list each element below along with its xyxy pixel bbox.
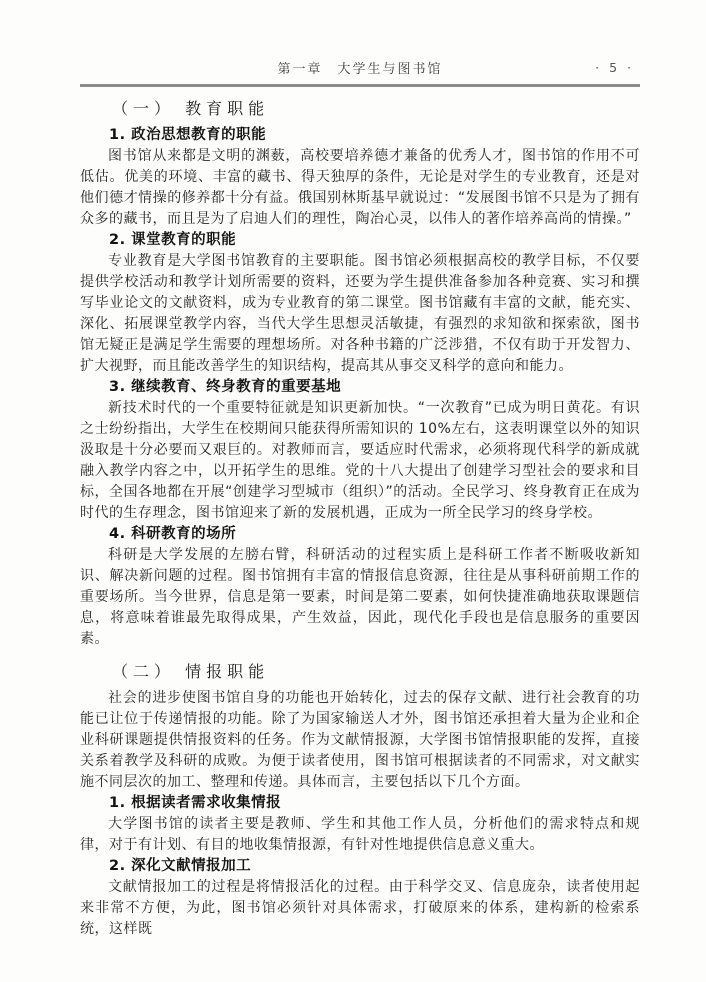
paragraph: 社会的进步使图书馆自身的功能也开始转化，过去的保存文献、进行社会教育的功能已让位… xyxy=(80,688,640,793)
page-content: 第一章 大学生与图书馆 · 5 · （一） 教育职能1. 政治思想教育的职能图书… xyxy=(80,58,640,940)
book-page: 第一章 大学生与图书馆 · 5 · （一） 教育职能1. 政治思想教育的职能图书… xyxy=(0,0,706,982)
paragraph: 大学图书馆的读者主要是教师、学生和其他工作人员，分析他们的需求特点和规律，对于有… xyxy=(80,814,640,856)
section-heading: （一） 教育职能 xyxy=(80,97,640,121)
page-body: （一） 教育职能1. 政治思想教育的职能图书馆从来都是文明的渊薮，高校要培养德才… xyxy=(80,97,640,940)
subsection-heading: 4. 科研教育的场所 xyxy=(80,524,640,545)
header-rule xyxy=(80,84,640,87)
subsection-heading: 2. 深化文献情报加工 xyxy=(80,856,640,877)
paragraph: 专业教育是大学图书馆教育的主要职能。图书馆必须根据高校的教学目标，不仅要提供学校… xyxy=(80,251,640,377)
paragraph: 科研是大学发展的左膀右臂，科研活动的过程实质上是科研工作者不断吸收新知识、解决新… xyxy=(80,545,640,650)
subsection-heading: 3. 继续教育、终身教育的重要基地 xyxy=(80,377,640,398)
paragraph: 文献情报加工的过程是将情报活化的过程。由于科学交叉、信息庞杂，读者使用起来非常不… xyxy=(80,877,640,940)
subsection-heading: 1. 根据读者需求收集情报 xyxy=(80,793,640,814)
section-heading: （二） 情报职能 xyxy=(80,660,640,684)
paragraph: 新技术时代的一个重要特征就是知识更新加快。“一次教育”已成为明日黄花。有识之士纷… xyxy=(80,398,640,524)
running-header: 第一章 大学生与图书馆 · 5 · xyxy=(80,58,640,78)
page-number: · 5 · xyxy=(595,58,634,78)
paragraph: 图书馆从来都是文明的渊薮，高校要培养德才兼备的优秀人才，图书馆的作用不可低估。优… xyxy=(80,146,640,230)
subsection-heading: 2. 课堂教育的职能 xyxy=(80,230,640,251)
subsection-heading: 1. 政治思想教育的职能 xyxy=(80,125,640,146)
running-header-chapter-title: 第一章 大学生与图书馆 xyxy=(277,62,442,77)
